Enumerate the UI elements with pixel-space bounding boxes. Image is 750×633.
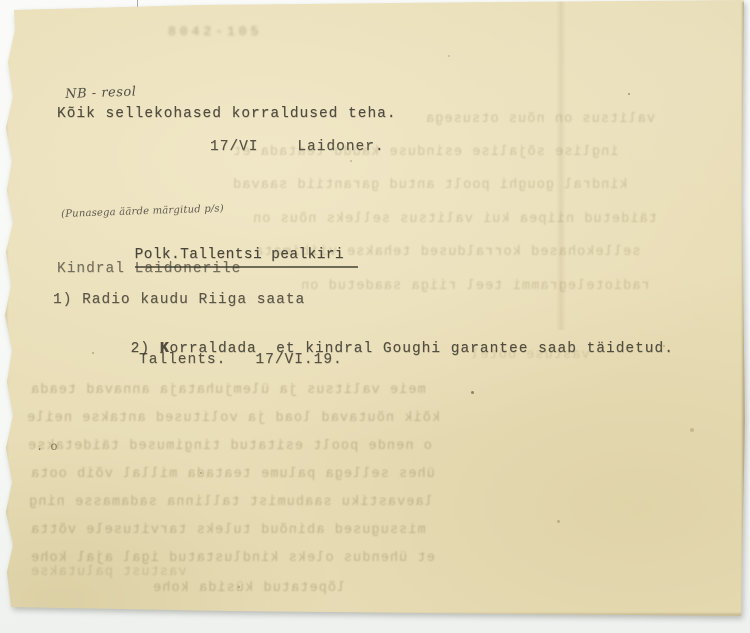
typed-order-line: Kõik sellekohased korraldused teha. bbox=[57, 106, 397, 123]
handwritten-resolution-note: NB - resol bbox=[65, 85, 137, 102]
faint-archive-number: 8042-105 bbox=[168, 24, 262, 39]
paper-edge-bottom bbox=[10, 612, 744, 616]
bleedthrough-stray-mark: . o bbox=[36, 440, 58, 454]
bleedthrough-line: et ühendus oleks kindlustatud igal ajal … bbox=[30, 551, 435, 566]
typed-item-1: 1) Radio kaudu Riiga saata bbox=[53, 292, 305, 309]
bleedthrough-line: missugused abinõud tuleks tarvitusele võ… bbox=[30, 523, 426, 538]
paper-speckle bbox=[557, 520, 560, 523]
paper-speckle bbox=[690, 428, 694, 432]
bleedthrough-line: lõpetatud küsida kohe bbox=[152, 581, 345, 596]
bleedthrough-line: meie valitsus ja ülemjuhataja annavad te… bbox=[30, 383, 426, 398]
typed-addressee: Kindral Laidonerile bbox=[57, 261, 241, 278]
paper-wrapper: valitsus on nõus otsusegainglise sõjalis… bbox=[0, 0, 750, 633]
paper-sheet: valitsus on nõus otsusegainglise sõjalis… bbox=[0, 0, 750, 633]
bleedthrough-line: täidetud niipea kui valitsus selleks nõu… bbox=[252, 212, 657, 227]
scanned-document: valitsus on nõus otsusegainglise sõjalis… bbox=[0, 0, 750, 633]
paper-speckle bbox=[350, 160, 352, 162]
bleedthrough-line: valitsus on nõus otsusega bbox=[425, 112, 655, 127]
bleedthrough-line: vastust palutakse bbox=[30, 565, 186, 580]
bleedthrough-line: ühes sellega palume teatada millal võib … bbox=[30, 467, 435, 482]
paper-speckle bbox=[628, 93, 630, 95]
paper-edge-right bbox=[741, 2, 745, 616]
paper-speckle bbox=[471, 391, 474, 394]
paper-edge-left bbox=[3, 8, 9, 613]
bleedthrough-line: o nende poolt esitatud tingimused täidet… bbox=[27, 439, 432, 454]
paper-speckle bbox=[448, 55, 450, 57]
typed-signature-tallents: Tallents. 17/VI.19. bbox=[139, 352, 343, 369]
typed-date-signature-laidoner: 17/VI Laidoner. bbox=[210, 139, 385, 156]
bleedthrough-line: kõik nõutavad load ja volitused antakse … bbox=[26, 411, 440, 426]
bleedthrough-line: laevastiku saabumist tallinna sadamasse … bbox=[28, 495, 433, 510]
bleedthrough-line: kindral goughi poolt antud garantiid saa… bbox=[232, 178, 628, 193]
handwritten-margin-note: (Punasega äärde märgitud p/s) bbox=[61, 203, 224, 220]
